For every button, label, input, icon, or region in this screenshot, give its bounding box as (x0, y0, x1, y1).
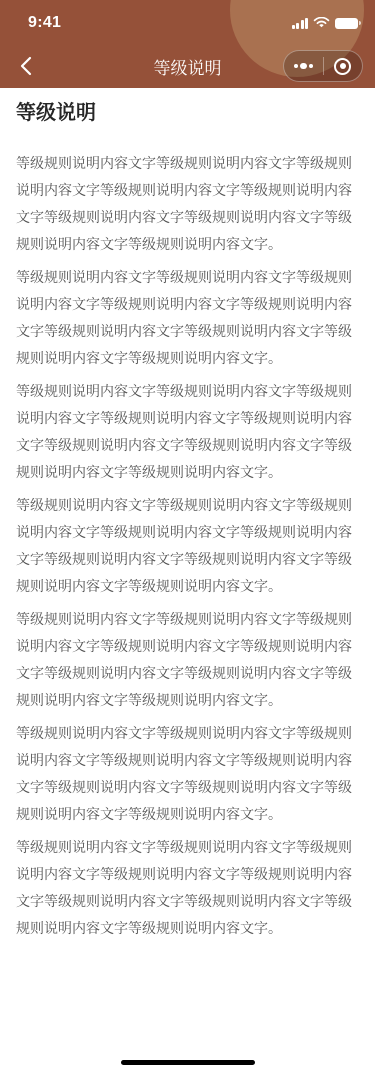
more-button[interactable] (284, 51, 323, 81)
record-dot-icon (334, 58, 351, 75)
status-bar: 9:41 (0, 0, 375, 44)
rules-paragraph: 等级规则说明内容文字等级规则说明内容文字等级规则说明内容文字等级规则说明内容文字… (16, 378, 359, 486)
app-header: 9:41 等级说明 (0, 0, 375, 88)
cellular-signal-icon (292, 18, 309, 29)
status-icons (292, 15, 361, 29)
rules-paragraph: 等级规则说明内容文字等级规则说明内容文字等级规则说明内容文字等级规则说明内容文字… (16, 606, 359, 714)
exit-home-button[interactable] (324, 51, 363, 81)
nav-bar: 等级说明 (0, 44, 375, 88)
rules-paragraph: 等级规则说明内容文字等级规则说明内容文字等级规则说明内容文字等级规则说明内容文字… (16, 264, 359, 372)
wifi-icon (313, 17, 330, 29)
ellipsis-dots-icon (294, 63, 314, 70)
status-time: 9:41 (28, 12, 61, 32)
page-title: 等级说明 (154, 54, 222, 79)
rules-paragraph: 等级规则说明内容文字等级规则说明内容文字等级规则说明内容文字等级规则说明内容文字… (16, 720, 359, 828)
rules-paragraph: 等级规则说明内容文字等级规则说明内容文字等级规则说明内容文字等级规则说明内容文字… (16, 150, 359, 258)
battery-icon (335, 18, 361, 29)
chevron-left-icon (20, 56, 32, 76)
content-heading: 等级说明 (16, 101, 359, 126)
rules-paragraph: 等级规则说明内容文字等级规则说明内容文字等级规则说明内容文字等级规则说明内容文字… (16, 834, 359, 942)
rules-paragraph: 等级规则说明内容文字等级规则说明内容文字等级规则说明内容文字等级规则说明内容文字… (16, 492, 359, 600)
home-indicator[interactable] (121, 1060, 255, 1065)
miniprogram-capsule (283, 50, 363, 82)
content-area: 等级说明 等级规则说明内容文字等级规则说明内容文字等级规则说明内容文字等级规则说… (0, 88, 375, 942)
back-button[interactable] (8, 44, 44, 88)
